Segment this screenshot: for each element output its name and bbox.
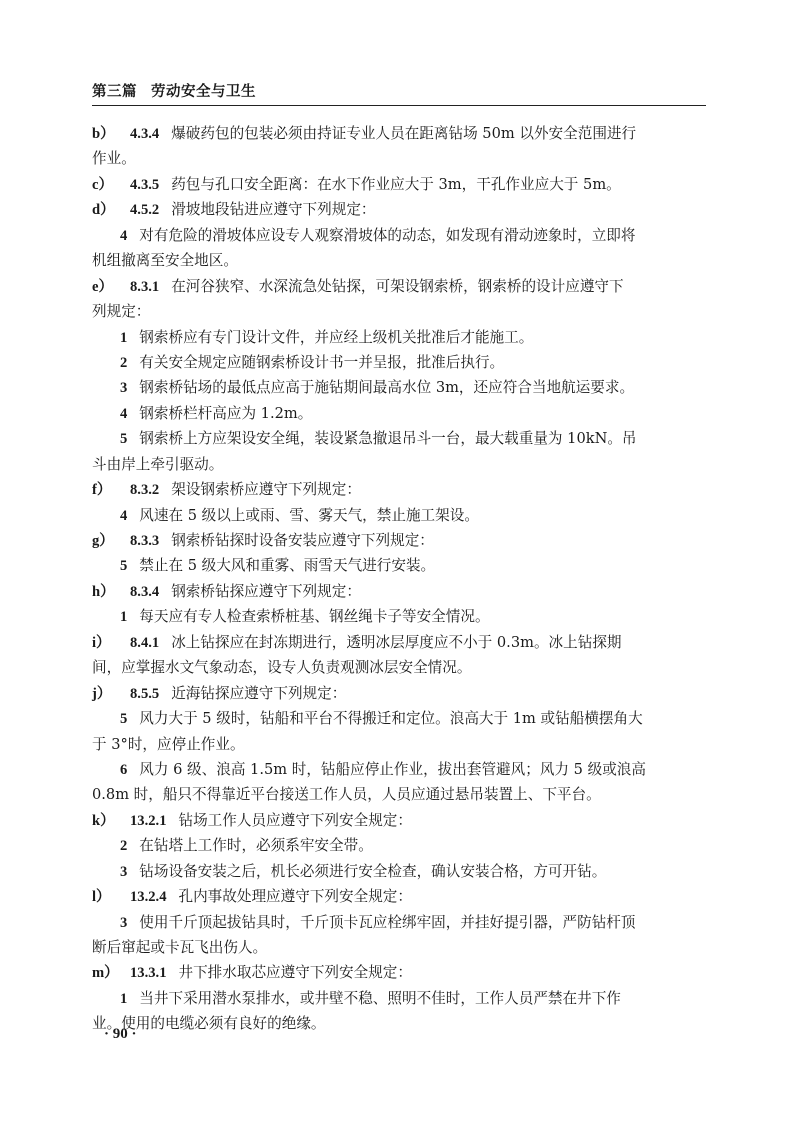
sub-item-text: 断后窜起或卡瓦飞出伤人。: [92, 939, 267, 956]
clause-number: 8.3.1: [130, 279, 159, 295]
page-number: · 90 ·: [104, 1026, 137, 1043]
sub-item-text: 风力 6 级、浪高 1.5m 时，钻船应停止作业，拔出套管避风；风力 5 级或浪…: [139, 761, 646, 778]
clause-number: 8.3.2: [130, 482, 159, 498]
header-rule: [92, 105, 706, 106]
clause: f）8.3.2架设钢索桥应遵守下列规定：4风速在 5 级以上或雨、雪、雾天气，禁…: [92, 477, 706, 528]
clause-text: 架设钢索桥应遵守下列规定：: [171, 481, 361, 498]
clause: m）13.3.1井下排水取芯应遵守下列安全规定：1当井下采用潜水泵排水，或井壁不…: [92, 960, 706, 1036]
clause-line: 间，应掌握水文气象动态，设专人负责观测冰层安全情况。: [92, 655, 706, 680]
clause-number: 4.5.2: [130, 202, 159, 218]
clause-text: 爆破药包的包装必须由持证专业人员在距离钻场 50m 以外安全范围进行: [171, 125, 636, 142]
sub-item-number: 1: [120, 609, 127, 625]
clause-label: m）: [92, 961, 130, 986]
clause-line: c）4.3.5药包与孔口安全距离：在水下作业应大于 3m，干孔作业应大于 5m。: [92, 172, 706, 197]
clause-label: g）: [92, 529, 130, 554]
clause-label: c）: [92, 173, 130, 198]
sub-item-line: 1每天应有专人检查索桥桩基、钢丝绳卡子等安全情况。: [92, 604, 706, 629]
clause: c）4.3.5药包与孔口安全距离：在水下作业应大于 3m，干孔作业应大于 5m。: [92, 172, 706, 197]
clause-line: h）8.3.4钢索桥钻探应遵守下列规定：: [92, 579, 706, 604]
clause-label: i）: [92, 631, 130, 656]
clause-line: d）4.5.2滑坡地段钻进应遵守下列规定：: [92, 197, 706, 222]
sub-item-number: 3: [120, 915, 127, 931]
page-body: b）4.3.4爆破药包的包装必须由持证专业人员在距离钻场 50m 以外安全范围进…: [92, 121, 706, 1037]
sub-item-line: 3钢索桥钻场的最低点应高于施钻期间最高水位 3m，还应符合当地航运要求。: [92, 375, 706, 400]
clause-line: l）13.2.4孔内事故处理应遵守下列安全规定：: [92, 884, 706, 909]
sub-item-text: 钢索桥栏杆高应为 1.2m。: [139, 405, 312, 422]
clause-text: 钻场工作人员应遵守下列安全规定：: [178, 812, 412, 829]
sub-item-number: 4: [120, 508, 127, 524]
clause-line: i）8.4.1冰上钻探应在封冻期进行，透明冰层厚度应不小于 0.3m。冰上钻探期: [92, 630, 706, 655]
sub-item-line: 4风速在 5 级以上或雨、雪、雾天气，禁止施工架设。: [92, 503, 706, 528]
sub-item-text: 钢索桥应有专门设计文件，并应经上级机关批准后才能施工。: [139, 329, 533, 346]
clause-label: l）: [92, 885, 130, 910]
sub-item-text: 斗由岸上牵引驱动。: [92, 456, 223, 473]
clause-text: 滑坡地段钻进应遵守下列规定：: [171, 201, 375, 218]
sub-item-number: 2: [120, 355, 127, 371]
running-header: 第三篇劳动安全与卫生: [92, 82, 706, 102]
header-chapter-title: 劳动安全与卫生: [151, 84, 256, 100]
clause-text: 列规定：: [92, 303, 150, 320]
clause: g）8.3.3钢索桥钻探时设备安装应遵守下列规定：5禁止在 5 级大风和重雾、雨…: [92, 528, 706, 579]
sub-item-line: 机组撤离至安全地区。: [92, 248, 706, 273]
sub-item-text: 钢索桥钻场的最低点应高于施钻期间最高水位 3m，还应符合当地航运要求。: [139, 379, 634, 396]
clause-text: 孔内事故处理应遵守下列安全规定：: [178, 888, 412, 905]
clause-number: 8.3.3: [130, 533, 159, 549]
clause-line: g）8.3.3钢索桥钻探时设备安装应遵守下列规定：: [92, 528, 706, 553]
clause: i）8.4.1冰上钻探应在封冻期进行，透明冰层厚度应不小于 0.3m。冰上钻探期…: [92, 630, 706, 681]
sub-item-number: 5: [120, 558, 127, 574]
sub-item-text: 使用千斤顶起拔钻具时，千斤顶卡瓦应栓绑牢固，并挂好提引器，严防钻杆顶: [139, 914, 635, 931]
sub-item-number: 6: [120, 762, 127, 778]
sub-item-line: 3使用千斤顶起拔钻具时，千斤顶卡瓦应栓绑牢固，并挂好提引器，严防钻杆顶: [92, 910, 706, 935]
clause: b）4.3.4爆破药包的包装必须由持证专业人员在距离钻场 50m 以外安全范围进…: [92, 121, 706, 172]
clause-text: 钢索桥钻探时设备安装应遵守下列规定：: [171, 532, 434, 549]
clause: e）8.3.1在河谷狭窄、水深流急处钻探，可架设钢索桥，钢索桥的设计应遵守下列规…: [92, 274, 706, 478]
sub-item-line: 4对有危险的滑坡体应设专人观察滑坡体的动态，如发现有滑动迹象时，立即将: [92, 223, 706, 248]
sub-item-number: 3: [120, 864, 127, 880]
sub-item-text: 对有危险的滑坡体应设专人观察滑坡体的动态，如发现有滑动迹象时，立即将: [139, 227, 635, 244]
sub-item-text: 风力大于 5 级时，钻船和平台不得搬迁和定位。浪高大于 1m 或钻船横摆角大: [139, 710, 642, 727]
sub-item-number: 4: [120, 406, 127, 422]
clause: d）4.5.2滑坡地段钻进应遵守下列规定：4对有危险的滑坡体应设专人观察滑坡体的…: [92, 197, 706, 273]
sub-item-text: 在钻塔上工作时，必须系牢安全带。: [139, 837, 373, 854]
clause-line: 作业。: [92, 146, 706, 171]
clause-label: h）: [92, 580, 130, 605]
clause-number: 4.3.4: [130, 126, 159, 142]
sub-item-line: 5钢索桥上方应架设安全绳，装设紧急撤退吊斗一台，最大载重量为 10kN。吊: [92, 426, 706, 451]
sub-item-text: 禁止在 5 级大风和重雾、雨雪天气进行安装。: [139, 557, 435, 574]
clause: l）13.2.4孔内事故处理应遵守下列安全规定：3使用千斤顶起拔钻具时，千斤顶卡…: [92, 884, 706, 960]
clause-line: j）8.5.5近海钻探应遵守下列规定：: [92, 681, 706, 706]
header-part: 第三篇: [92, 84, 137, 100]
sub-item-line: 1当井下采用潜水泵排水，或井壁不稳、照明不佳时，工作人员严禁在井下作: [92, 986, 706, 1011]
clause-number: 4.3.5: [130, 177, 159, 193]
sub-item-line: 6风力 6 级、浪高 1.5m 时，钻船应停止作业，拔出套管避风；风力 5 级或…: [92, 757, 706, 782]
clause-text: 药包与孔口安全距离：在水下作业应大于 3m，干孔作业应大于 5m。: [171, 176, 621, 193]
sub-item-text: 机组撤离至安全地区。: [92, 252, 238, 269]
clause-label: b）: [92, 122, 130, 147]
sub-item-text: 当井下采用潜水泵排水，或井壁不稳、照明不佳时，工作人员严禁在井下作: [139, 990, 621, 1007]
sub-item-number: 2: [120, 838, 127, 854]
clause-label: d）: [92, 198, 130, 223]
sub-item-text: 风速在 5 级以上或雨、雪、雾天气，禁止施工架设。: [139, 507, 479, 524]
header-title: 第三篇劳动安全与卫生: [92, 82, 706, 102]
clause-number: 13.2.4: [130, 889, 166, 905]
sub-item-text: 于 3°时，应停止作业。: [92, 736, 245, 753]
clause-line: f）8.3.2架设钢索桥应遵守下列规定：: [92, 477, 706, 502]
sub-item-line: 0.8m 时，船只不得靠近平台接送工作人员，人员应通过悬吊装置上、下平台。: [92, 782, 706, 807]
clause: k）13.2.1钻场工作人员应遵守下列安全规定：2在钻塔上工作时，必须系牢安全带…: [92, 808, 706, 884]
sub-item-text: 钻场设备安装之后，机长必须进行安全检查，确认安装合格，方可开钻。: [139, 863, 606, 880]
sub-item-number: 5: [120, 711, 127, 727]
clause-number: 8.3.4: [130, 584, 159, 600]
clause-text: 间，应掌握水文气象动态，设专人负责观测冰层安全情况。: [92, 659, 471, 676]
clause-text: 在河谷狭窄、水深流急处钻探，可架设钢索桥，钢索桥的设计应遵守下: [171, 278, 623, 295]
clause-line: k）13.2.1钻场工作人员应遵守下列安全规定：: [92, 808, 706, 833]
sub-item-line: 2有关安全规定应随钢索桥设计书一并呈报，批准后执行。: [92, 350, 706, 375]
sub-item-line: 2在钻塔上工作时，必须系牢安全带。: [92, 833, 706, 858]
sub-item-line: 4钢索桥栏杆高应为 1.2m。: [92, 401, 706, 426]
sub-item-line: 5风力大于 5 级时，钻船和平台不得搬迁和定位。浪高大于 1m 或钻船横摆角大: [92, 706, 706, 731]
clause: h）8.3.4钢索桥钻探应遵守下列规定：1每天应有专人检查索桥桩基、钢丝绳卡子等…: [92, 579, 706, 630]
clause: j）8.5.5近海钻探应遵守下列规定：5风力大于 5 级时，钻船和平台不得搬迁和…: [92, 681, 706, 808]
sub-item-number: 3: [120, 380, 127, 396]
sub-item-number: 5: [120, 431, 127, 447]
clause-line: e）8.3.1在河谷狭窄、水深流急处钻探，可架设钢索桥，钢索桥的设计应遵守下: [92, 274, 706, 299]
sub-item-line: 5禁止在 5 级大风和重雾、雨雪天气进行安装。: [92, 553, 706, 578]
clause-label: j）: [92, 682, 130, 707]
sub-item-line: 断后窜起或卡瓦飞出伤人。: [92, 935, 706, 960]
sub-item-text: 有关安全规定应随钢索桥设计书一并呈报，批准后执行。: [139, 354, 504, 371]
sub-item-number: 1: [120, 330, 127, 346]
sub-item-number: 4: [120, 228, 127, 244]
clause-text: 钢索桥钻探应遵守下列规定：: [171, 583, 361, 600]
sub-item-line: 斗由岸上牵引驱动。: [92, 452, 706, 477]
clause-number: 13.3.1: [130, 965, 166, 981]
clause-line: m）13.3.1井下排水取芯应遵守下列安全规定：: [92, 960, 706, 985]
clause-number: 13.2.1: [130, 813, 166, 829]
sub-item-text: 0.8m 时，船只不得靠近平台接送工作人员，人员应通过悬吊装置上、下平台。: [92, 786, 601, 803]
clause-text: 井下排水取芯应遵守下列安全规定：: [178, 964, 412, 981]
clause-text: 作业。: [92, 150, 136, 167]
sub-item-line: 于 3°时，应停止作业。: [92, 732, 706, 757]
clause-number: 8.5.5: [130, 686, 159, 702]
sub-item-text: 钢索桥上方应架设安全绳，装设紧急撤退吊斗一台，最大载重量为 10kN。吊: [139, 430, 636, 447]
clause-label: e）: [92, 275, 130, 300]
clause-label: f）: [92, 478, 130, 503]
clause-text: 近海钻探应遵守下列规定：: [171, 685, 346, 702]
sub-item-number: 1: [120, 991, 127, 1007]
sub-item-line: 3钻场设备安装之后，机长必须进行安全检查，确认安装合格，方可开钻。: [92, 859, 706, 884]
clause-label: k）: [92, 809, 130, 834]
clause-line: b）4.3.4爆破药包的包装必须由持证专业人员在距离钻场 50m 以外安全范围进…: [92, 121, 706, 146]
clause-number: 8.4.1: [130, 635, 159, 651]
clause-text: 冰上钻探应在封冻期进行，透明冰层厚度应不小于 0.3m。冰上钻探期: [171, 634, 621, 651]
clause-line: 列规定：: [92, 299, 706, 324]
sub-item-line: 业。使用的电缆必须有良好的绝缘。: [92, 1011, 706, 1036]
sub-item-text: 每天应有专人检查索桥桩基、钢丝绳卡子等安全情况。: [139, 608, 489, 625]
sub-item-line: 1钢索桥应有专门设计文件，并应经上级机关批准后才能施工。: [92, 325, 706, 350]
